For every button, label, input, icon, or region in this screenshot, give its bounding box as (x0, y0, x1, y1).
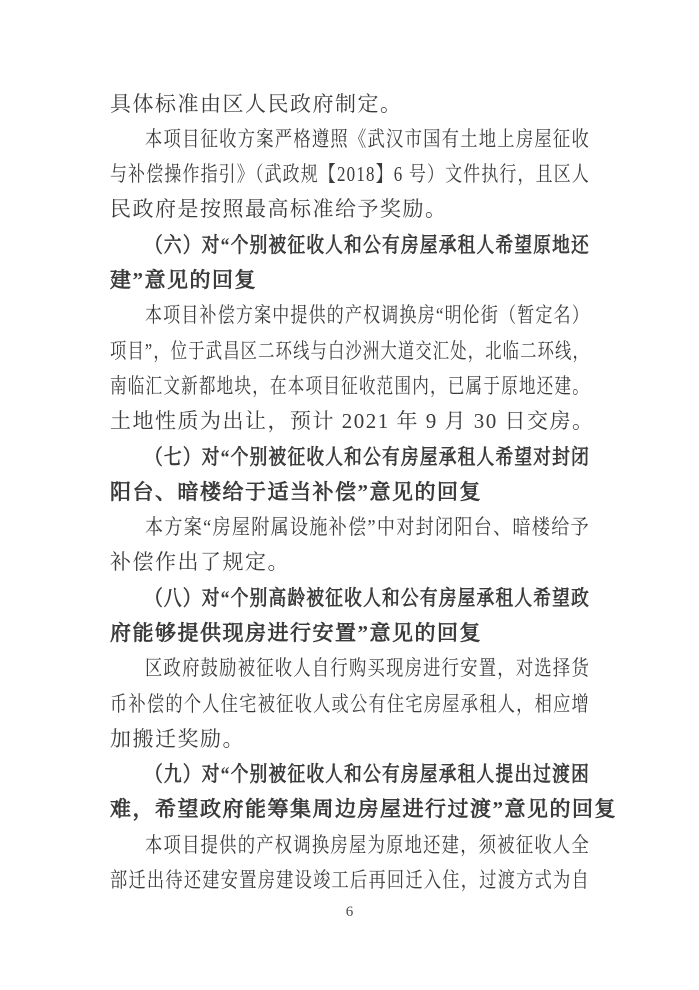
body-line: 本项目征收方案严格遵照《武汉市国有土地上房屋征收 (110, 120, 590, 155)
line-text: 补偿作出了规定。 (110, 545, 290, 580)
line-text: 具体标准由区人民政府制定。 (110, 87, 403, 122)
heading-line: 府能够提供现房进行安置”意见的回复 (110, 614, 590, 649)
page-number: 6 (0, 904, 699, 921)
line-text: 项目”，位于武昌区二环线与白沙洲大道交汇处，北临二环线， (110, 334, 590, 369)
line-text: 土地性质为出让，预计 2021 年 9 月 30 日交房。 (110, 404, 595, 439)
body-line: 区政府鼓励被征收人自行购买现房进行安置，对选择货 (110, 650, 590, 685)
line-text: 本方案“房屋附属设施补偿”中对封闭阳台、暗楼给予 (145, 510, 590, 545)
body-line: 具体标准由区人民政府制定。 (110, 85, 590, 120)
line-text: （九）对“个别被征收人和公有房屋承租人提出过渡困 (145, 757, 590, 792)
text-block: 具体标准由区人民政府制定。本项目征收方案严格遵照《武汉市国有土地上房屋征收与补偿… (110, 85, 590, 897)
line-text: 部迁出待还建安置房建设竣工后再回迁入住，过渡方式为自 (110, 863, 590, 898)
line-text: 本项目征收方案严格遵照《武汉市国有土地上房屋征收 (145, 122, 590, 157)
body-line: 项目”，位于武昌区二环线与白沙洲大道交汇处，北临二环线， (110, 332, 590, 367)
body-line: 与补偿操作指引》（武政规【2018】6 号）文件执行，且区人 (110, 156, 590, 191)
body-line: 部迁出待还建安置房建设竣工后再回迁入住，过渡方式为自 (110, 862, 590, 897)
line-text: 本项目提供的产权调换房屋为原地还建，须被征收人全 (145, 828, 590, 863)
line-text: 区政府鼓励被征收人自行购买现房进行安置，对选择货 (145, 651, 590, 686)
body-line: 南临汇文新都地块，在本项目征收范围内，已属于原地还建。 (110, 367, 590, 402)
body-line: 加搬迁奖励。 (110, 720, 590, 755)
heading-line: 阳台、暗楼给于适当补偿”意见的回复 (110, 473, 590, 508)
line-text: 建”意见的回复 (110, 263, 257, 298)
line-text: 民政府是按照最高标准给予奖励。 (110, 192, 448, 227)
line-text: 难，希望政府能筹集周边房屋进行过渡”意见的回复 (110, 792, 617, 827)
body-line: 本项目提供的产权调换房屋为原地还建，须被征收人全 (110, 826, 590, 861)
line-text: 加搬迁奖励。 (110, 722, 245, 757)
document-page: 具体标准由区人民政府制定。本项目征收方案严格遵照《武汉市国有土地上房屋征收与补偿… (0, 0, 699, 990)
heading-line: （六）对“个别被征收人和公有房屋承租人希望原地还 (110, 226, 590, 261)
line-text: （六）对“个别被征收人和公有房屋承租人希望原地还 (145, 228, 590, 263)
line-text: 与补偿操作指引》（武政规【2018】6 号）文件执行，且区人 (110, 157, 590, 192)
body-line: 土地性质为出让，预计 2021 年 9 月 30 日交房。 (110, 403, 590, 438)
line-text: （八）对“个别高龄被征收人和公有房屋承租人希望政 (145, 581, 590, 616)
body-line: 币补偿的个人住宅被征收人或公有住宅房屋承租人，相应增 (110, 685, 590, 720)
line-text: 币补偿的个人住宅被征收人或公有住宅房屋承租人，相应增 (110, 687, 590, 722)
heading-line: （八）对“个别高龄被征收人和公有房屋承租人希望政 (110, 579, 590, 614)
line-text: 阳台、暗楼给于适当补偿”意见的回复 (110, 475, 482, 510)
line-text: 府能够提供现房进行安置”意见的回复 (110, 616, 482, 651)
heading-line: （九）对“个别被征收人和公有房屋承租人提出过渡困 (110, 756, 590, 791)
heading-line: 建”意见的回复 (110, 261, 590, 296)
heading-line: （七）对“个别被征收人和公有房屋承租人希望对封闭 (110, 438, 590, 473)
line-text: 南临汇文新都地块，在本项目征收范围内，已属于原地还建。 (110, 369, 590, 404)
body-line: 本项目补偿方案中提供的产权调换房“明伦街（暂定名） (110, 297, 590, 332)
body-line: 补偿作出了规定。 (110, 544, 590, 579)
body-line: 民政府是按照最高标准给予奖励。 (110, 191, 590, 226)
line-text: （七）对“个别被征收人和公有房屋承租人希望对封闭 (145, 440, 590, 475)
body-line: 本方案“房屋附属设施补偿”中对封闭阳台、暗楼给予 (110, 509, 590, 544)
heading-line: 难，希望政府能筹集周边房屋进行过渡”意见的回复 (110, 791, 590, 826)
line-text: 本项目补偿方案中提供的产权调换房“明伦街（暂定名） (145, 298, 590, 333)
